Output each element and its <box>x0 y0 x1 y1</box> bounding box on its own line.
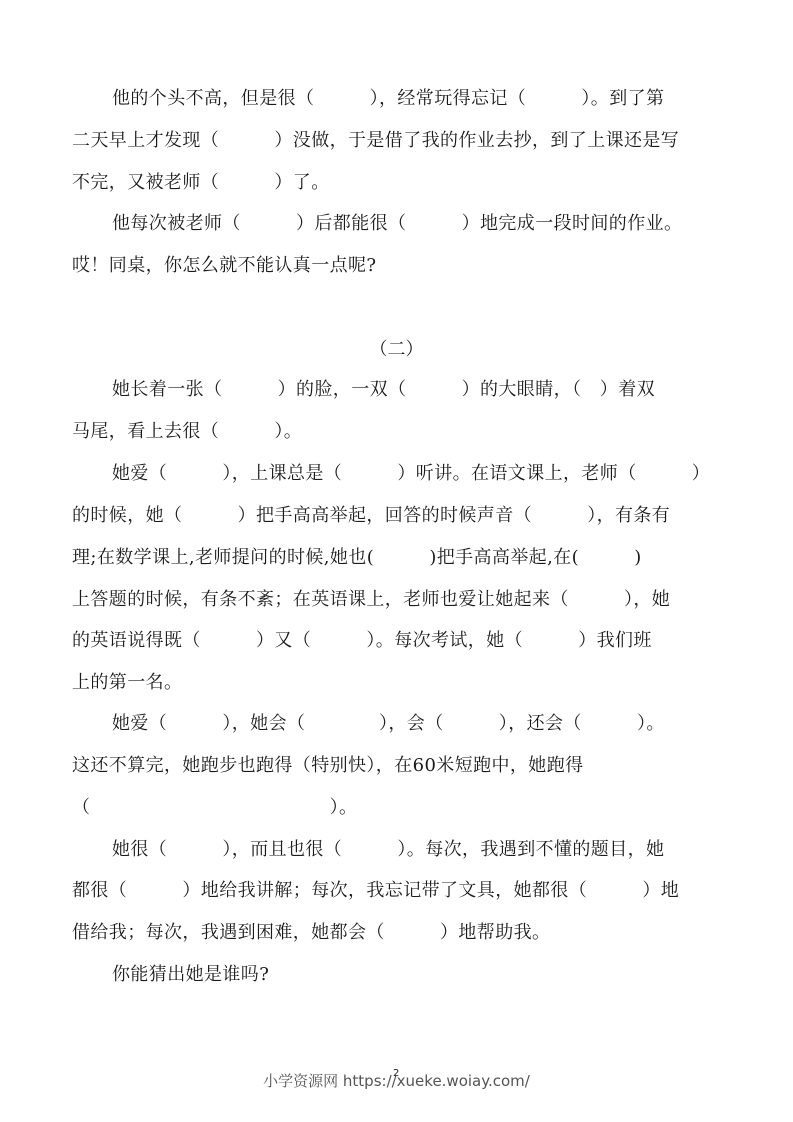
paragraph-line: 借给我；每次，我遇到困难，她都会（ ）地帮助我。 <box>72 922 722 944</box>
paragraph-line: 她爱（ ），她会（ ），会（ ），还会（ ）。 <box>112 713 722 735</box>
paragraph-line: 哎！同桌，你怎么就不能认真一点呢? <box>72 255 722 277</box>
paragraph-line: 她很（ ），而且也很（ ）。每次，我遇到不懂的题目，她 <box>112 839 722 861</box>
paragraph-line: 她爱（ ），上课总是（ ）听讲。在语文课上，老师（ ） <box>112 463 722 485</box>
paragraph-line: 上的第一名。 <box>72 672 722 694</box>
paragraph-line: 理;在数学课上,老师提问的时候,她也( )把手高高举起,在( ) <box>72 547 722 569</box>
paragraph-line: 她长着一张（ ）的脸，一双（ ）的大眼睛，（ ）着双 <box>112 379 722 401</box>
paragraph-line: 这还不算完，她跑步也跑得（特别快），在60米短跑中，她跑得 <box>72 755 722 777</box>
paragraph-line: 他的个头不高，但是很（ ），经常玩得忘记（ ）。到了第 <box>112 88 722 110</box>
paragraph-line: 你能猜出她是谁吗? <box>112 964 722 986</box>
document-page: 他的个头不高，但是很（ ），经常玩得忘记（ ）。到了第 二天早上才发现（ ）没做… <box>0 0 793 1122</box>
paragraph-line: 二天早上才发现（ ）没做，于是借了我的作业去抄，到了上课还是写 <box>72 130 722 152</box>
paragraph-line: 马尾，看上去很（ ）。 <box>72 421 722 443</box>
page-number: 2 <box>393 1068 399 1079</box>
paragraph-line: 不完，又被老师（ ）了。 <box>72 172 722 194</box>
section-heading: （二） <box>0 339 793 361</box>
paragraph-line: 都很（ ）地给我讲解；每次，我忘记带了文具，她都很（ ）地 <box>72 880 722 902</box>
paragraph-line: 的时候，她（ ）把手高高举起，回答的时候声音（ ），有条有 <box>72 505 722 527</box>
paragraph-line: 上答题的时候，有条不紊；在英语课上，老师也爱让她起来（ ），她 <box>72 589 722 611</box>
paragraph-line: （ ）。 <box>72 797 722 819</box>
paragraph-line: 他每次被老师（ ）后都能很（ ）地完成一段时间的作业。 <box>112 213 722 235</box>
paragraph-line: 的英语说得既（ ）又（ ）。每次考试，她（ ）我们班 <box>72 630 722 652</box>
